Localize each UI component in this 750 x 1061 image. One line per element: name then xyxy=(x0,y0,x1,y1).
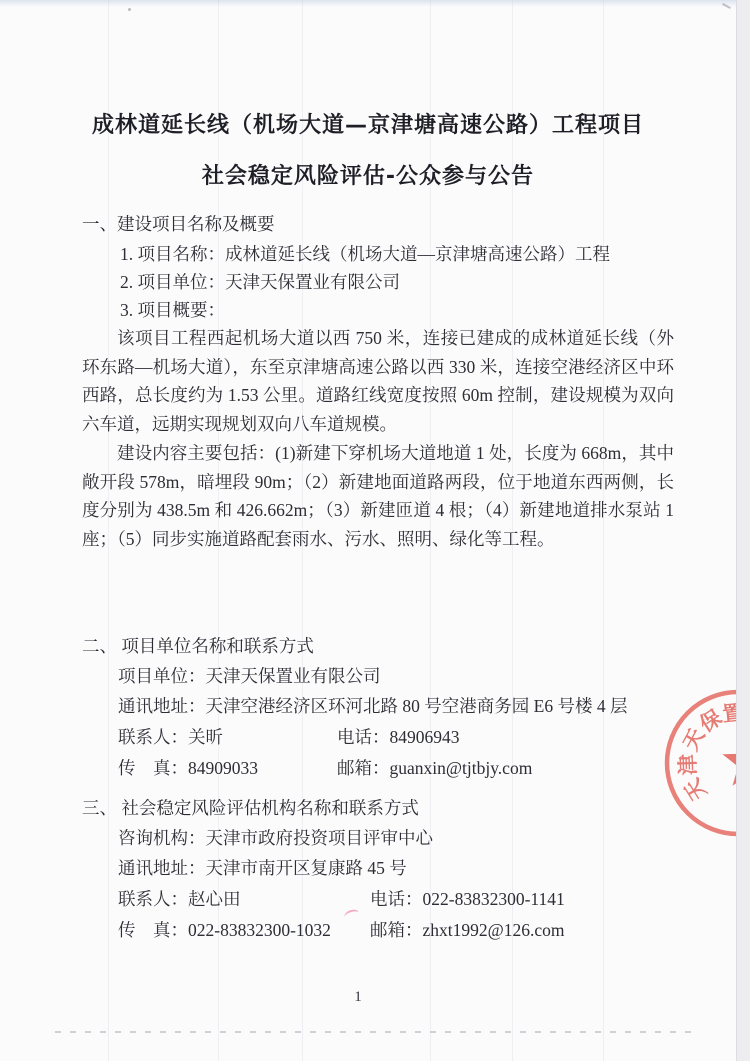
page-number: 1 xyxy=(338,989,378,1006)
agency-phone-cell: 电话：022-83832300-1141 xyxy=(370,886,565,911)
agency-contact-label: 联系人： xyxy=(118,889,188,909)
agency-address-value: 天津市南开区复康路 45 号 xyxy=(206,858,407,878)
email-label: 邮箱： xyxy=(337,758,390,778)
pen-mark xyxy=(343,909,360,922)
phone-label: 电话： xyxy=(337,727,390,747)
agency-address-row: 通讯地址：天津市南开区复康路 45 号 xyxy=(118,855,407,880)
agency-row: 咨询机构：天津市政府投资项目评审中心 xyxy=(118,825,433,850)
project-overview-paragraph: 该项目工程西起机场大道以西 750 米，连接已建成的成林道延长线（外环东路—机场… xyxy=(82,324,674,438)
unit-label: 项目单位： xyxy=(118,666,206,686)
construction-content-paragraph: 建设内容主要包括：(1)新建下穿机场大道地道 1 处，长度为 668m，其中敞开… xyxy=(82,439,674,553)
email-value: guanxin@tjtbjy.com xyxy=(390,758,533,778)
scan-page-edge xyxy=(736,0,750,1061)
project-name-item: 1. 项目名称：成林道延长线（机场大道—京津塘高速公路）工程 xyxy=(120,241,610,266)
phone-cell: 电话：84906943 xyxy=(337,724,460,749)
document-title-line2: 社会稳定风险评估-公众参与公告 xyxy=(0,159,736,190)
agency-value: 天津市政府投资项目评审中心 xyxy=(206,828,434,848)
agency-address-label: 通讯地址： xyxy=(118,858,206,878)
agency-fax-email-row: 传 真：022-83832300-1032 邮箱：zhxt1992@126.co… xyxy=(118,917,331,942)
unit-row: 项目单位：天津天保置业有限公司 xyxy=(118,663,381,688)
company-seal-stamp: 天 津 天 保 置 xyxy=(645,678,750,853)
agency-label: 咨询机构： xyxy=(118,828,206,848)
agency-contact-phone-row: 联系人：赵心田 电话：022-83832300-1141 xyxy=(118,886,241,911)
scan-edge-tint xyxy=(0,0,750,7)
section-two-heading: 二、 项目单位名称和联系方式 xyxy=(82,633,314,658)
agency-email-cell: 邮箱：zhxt1992@126.com xyxy=(370,917,565,942)
agency-email-label: 邮箱： xyxy=(370,920,423,940)
project-summary-item: 3. 项目概要： xyxy=(120,297,225,322)
fax-email-row: 传 真：84909033 邮箱：guanxin@tjtbjy.com xyxy=(118,755,258,780)
agency-fax-value: 022-83832300-1032 xyxy=(188,920,331,940)
email-cell: 邮箱：guanxin@tjtbjy.com xyxy=(337,755,532,780)
contact-label: 联系人： xyxy=(118,727,188,747)
fax-value: 84909033 xyxy=(188,758,258,778)
address-value: 天津空港经济区环河北路 80 号空港商务园 E6 号楼 4 层 xyxy=(206,696,628,716)
seal-char: 天 xyxy=(680,774,711,805)
agency-fax-label: 传 真： xyxy=(118,920,188,940)
seal-char: 津 xyxy=(676,753,701,776)
agency-phone-value: 022-83832300-1141 xyxy=(423,889,565,909)
document-title-line1: 成林道延长线（机场大道—京津塘高速公路）工程项目 xyxy=(0,108,736,139)
agency-phone-label: 电话： xyxy=(370,889,423,909)
phone-value: 84906943 xyxy=(390,727,460,747)
scan-speck xyxy=(128,8,131,11)
section-one-heading: 一、建设项目名称及概要 xyxy=(82,211,275,236)
scan-bottom-shadow xyxy=(55,1031,700,1033)
scanned-document-page: 成林道延长线（机场大道—京津塘高速公路）工程项目 社会稳定风险评估-公众参与公告… xyxy=(0,0,750,1061)
contact-value: 关昕 xyxy=(188,727,223,747)
address-label: 通讯地址： xyxy=(118,696,206,716)
unit-value: 天津天保置业有限公司 xyxy=(206,666,381,686)
contact-phone-row: 联系人：关昕 电话：84906943 xyxy=(118,724,223,749)
address-row: 通讯地址：天津空港经济区环河北路 80 号空港商务园 E6 号楼 4 层 xyxy=(118,693,627,718)
agency-email-value: zhxt1992@126.com xyxy=(423,920,565,940)
agency-contact-value: 赵心田 xyxy=(188,889,241,909)
section-three-heading: 三、 社会稳定风险评估机构名称和联系方式 xyxy=(82,795,419,820)
fax-label: 传 真： xyxy=(118,758,188,778)
project-unit-item: 2. 项目单位：天津天保置业有限公司 xyxy=(120,269,400,294)
